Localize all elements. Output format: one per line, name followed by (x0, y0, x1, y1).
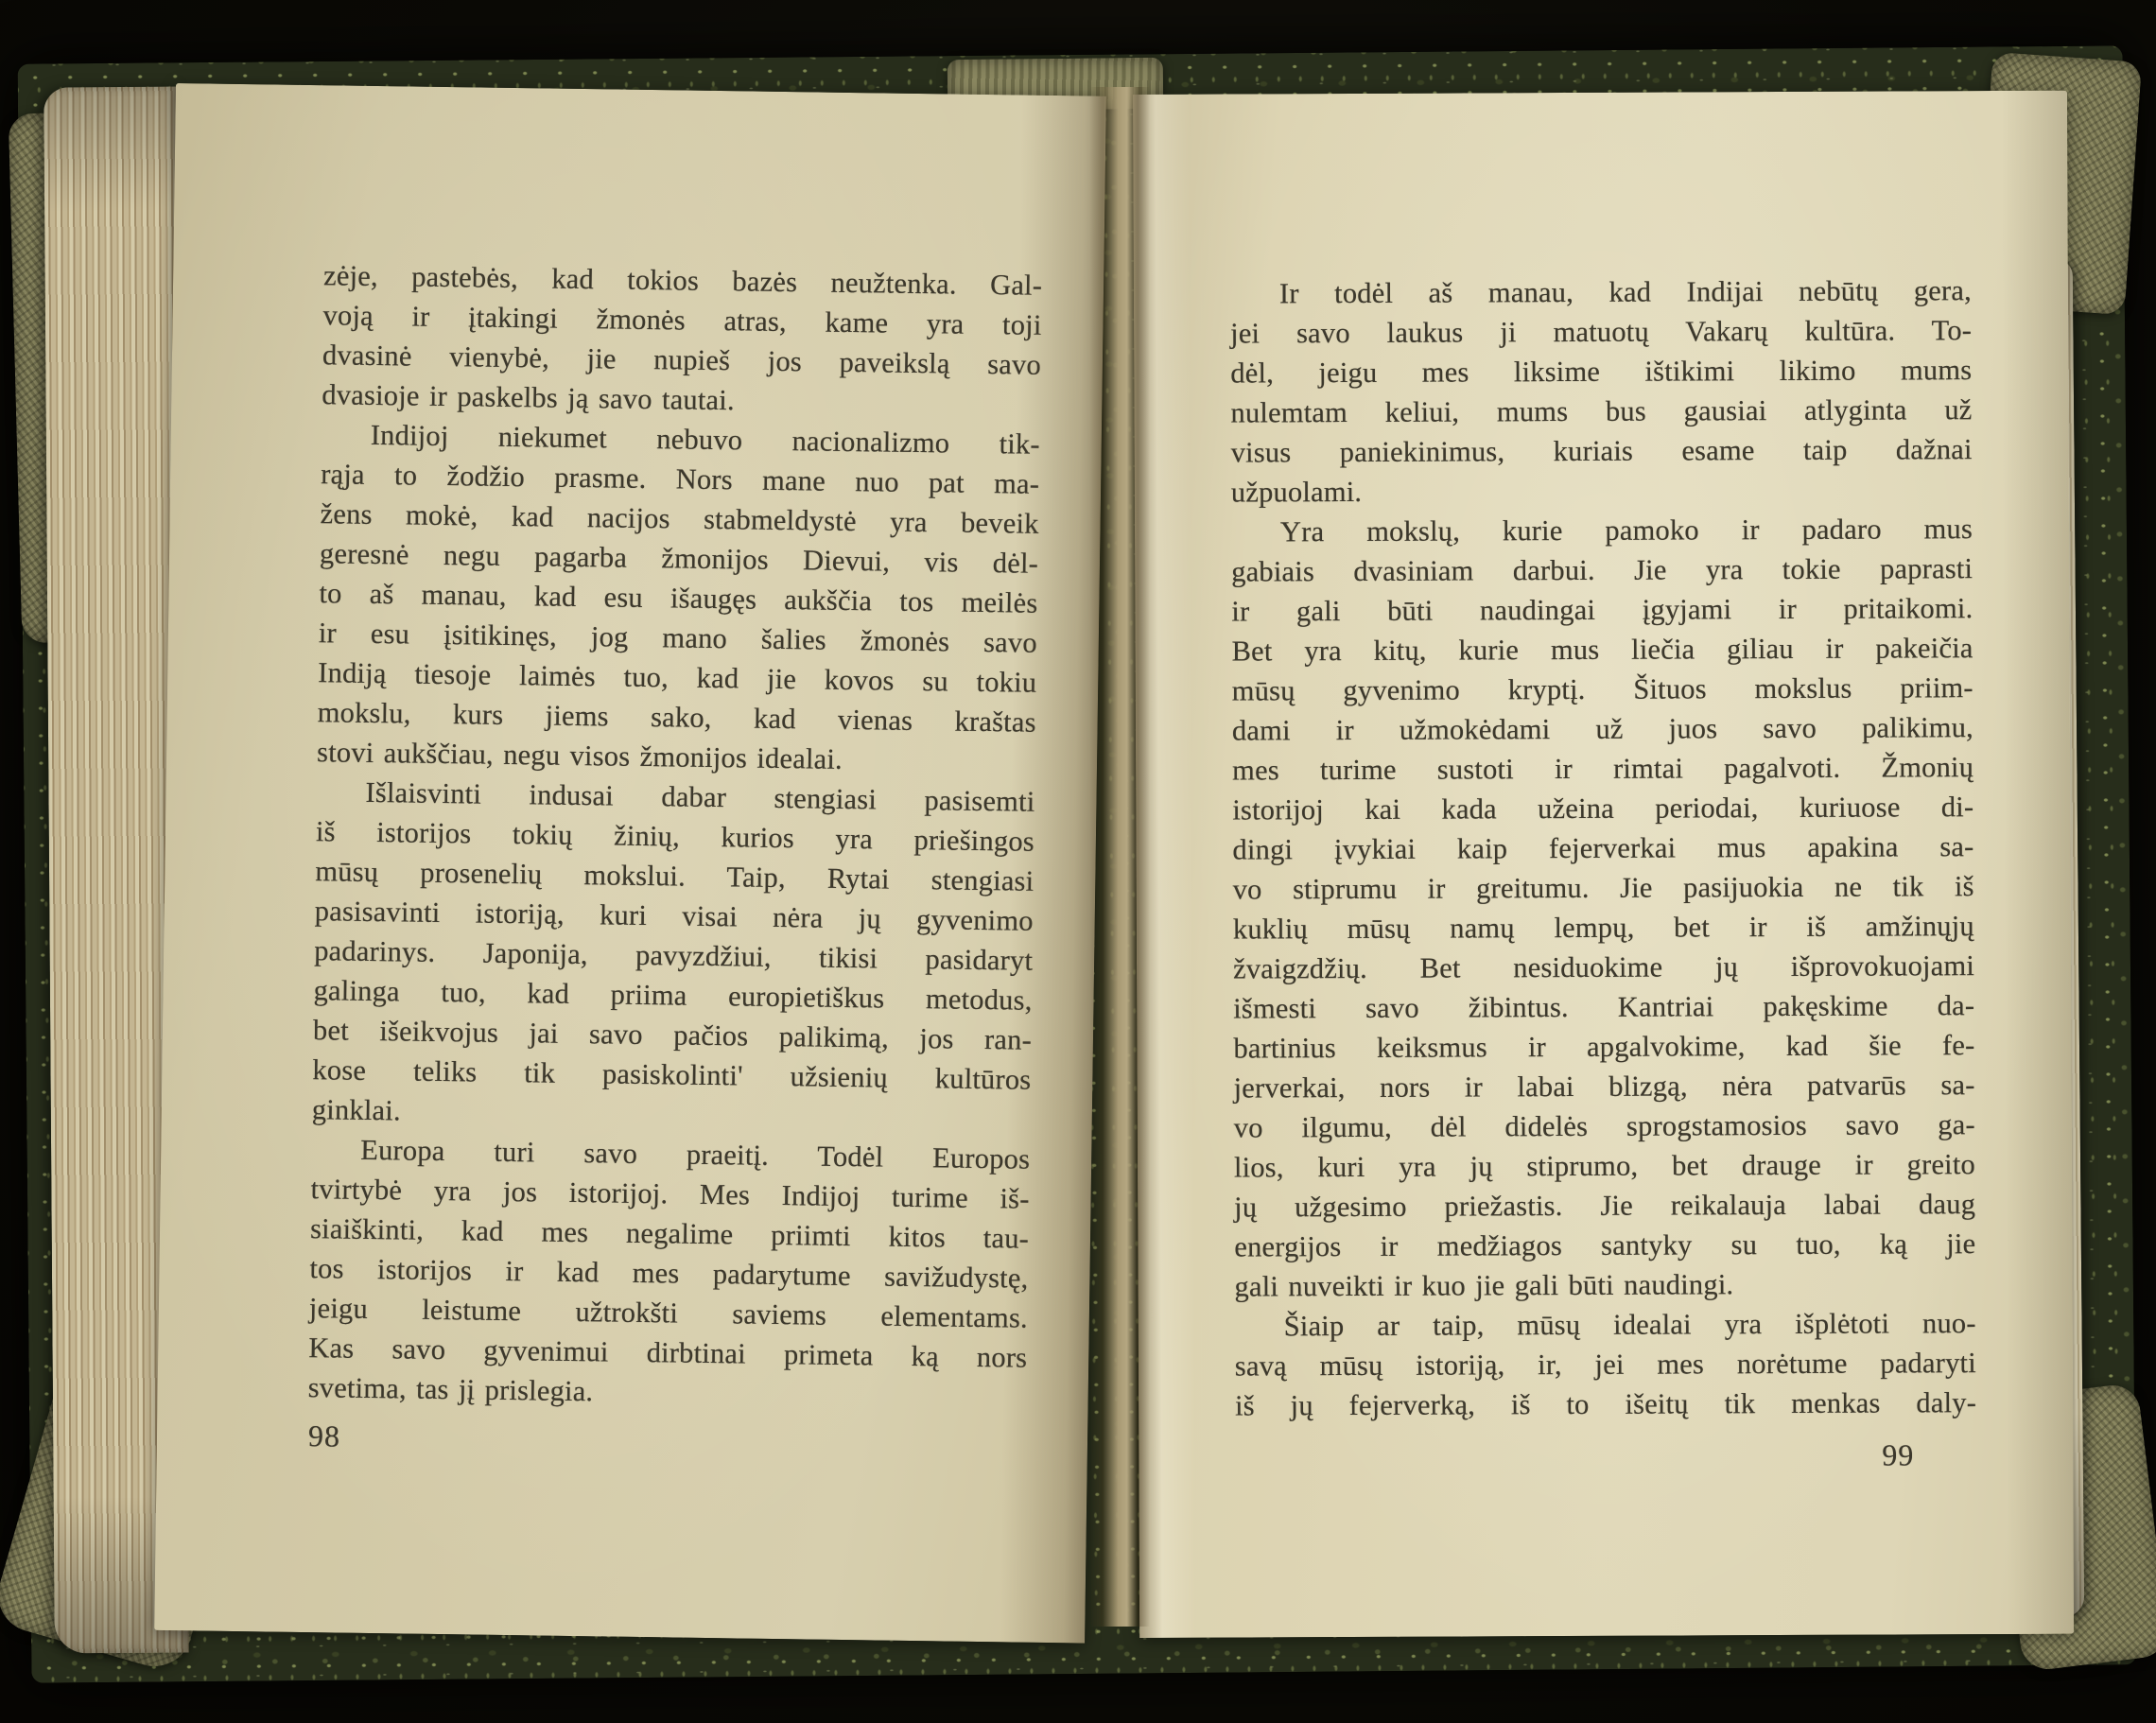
text-line: mes turime sustoti ir rimtai pagalvoti. … (1232, 747, 1973, 790)
text-line: istorijoj kai kada užeina periodai, kuri… (1232, 787, 1973, 829)
text-line: mūsų gyvenimo kryptį. Šituos mokslus pri… (1232, 668, 1973, 710)
text-line: lios, kuri yra jų stiprumo, bet drauge i… (1234, 1144, 1975, 1187)
text-line: nulemtam keliui, mums bus gausiai atlygi… (1230, 390, 1972, 432)
text-line: gabiais dvasiniam darbui. Jie yra tokie … (1231, 548, 1973, 591)
text-line: užpuolami. (1231, 469, 1973, 512)
text-line: dėl, jeigu mes liksime ištikimi likimo m… (1230, 350, 1972, 392)
book-gutter (1089, 87, 1150, 1627)
page-right: Ir todėl aš manau, kad Indijai nebūtų ge… (1133, 91, 2074, 1638)
right-page-text: Ir todėl aš manau, kad Indijai nebūtų ge… (1230, 270, 1976, 1425)
text-line: jei savo laukus ji matuotų Vakarų kultūr… (1230, 310, 1972, 353)
text-line: dami ir užmokėdami už juos savo palikimu… (1232, 707, 1973, 750)
text-line: jerverkai, nors ir labai blizgą, nėra pa… (1233, 1065, 1974, 1107)
text-line: Yra mokslų, kurie pamoko ir padaro mus (1231, 509, 1973, 551)
page-left: zėje, pastebės, kad tokios bazės neužten… (154, 83, 1106, 1644)
text-line: dingi įvykiai kaip fejerverkai mus apaki… (1232, 827, 1973, 869)
text-line: Bet yra kitų, kurie mus liečia giliau ir… (1231, 628, 1973, 670)
page-number-right: 99 (1882, 1437, 1914, 1472)
text-line: ir gali būti naudingai įgyjami ir pritai… (1231, 588, 1973, 631)
text-line: žvaigzdžių. Bet nesiduokime jų išprovoku… (1233, 946, 1974, 988)
text-line: kuklių mūsų namų lempų, bet ir iš amžinų… (1233, 906, 1974, 949)
text-line: vo stiprumu ir greitumu. Jie pasijuokia … (1233, 866, 1974, 909)
text-line: iš jų fejerverką, iš to išeitų tik menka… (1235, 1383, 1976, 1425)
left-page-text: zėje, pastebės, kad tokios bazės neužten… (307, 255, 1042, 1417)
text-line: išmesti savo žibintus. Kantriai pakęskim… (1233, 985, 1974, 1028)
text-line: Ir todėl aš manau, kad Indijai nebūtų ge… (1230, 270, 1972, 313)
text-line: jų užgesimo priežastis. Jie reikalauja l… (1234, 1184, 1975, 1227)
text-line: vo ilgumu, dėl didelės sprogstamosios sa… (1234, 1105, 1975, 1147)
text-line: savą mūsų istoriją, ir, jei mes norėtume… (1235, 1343, 1976, 1385)
text-line: bartinius keiksmus ir apgalvokime, kad š… (1233, 1025, 1974, 1068)
text-line: visus paniekinimus, kuriais esame taip d… (1231, 429, 1973, 472)
page-number-left: 98 (308, 1418, 341, 1453)
text-line: energijos ir medžiagos santyky su tuo, k… (1234, 1224, 1975, 1266)
text-line: gali nuveikti ir kuo jie gali būti naudi… (1234, 1263, 1975, 1306)
book-scan: zėje, pastebės, kad tokios bazės neužten… (0, 0, 2156, 1723)
text-line: Šiaip ar taip, mūsų idealai yra išplėtot… (1235, 1303, 1976, 1346)
